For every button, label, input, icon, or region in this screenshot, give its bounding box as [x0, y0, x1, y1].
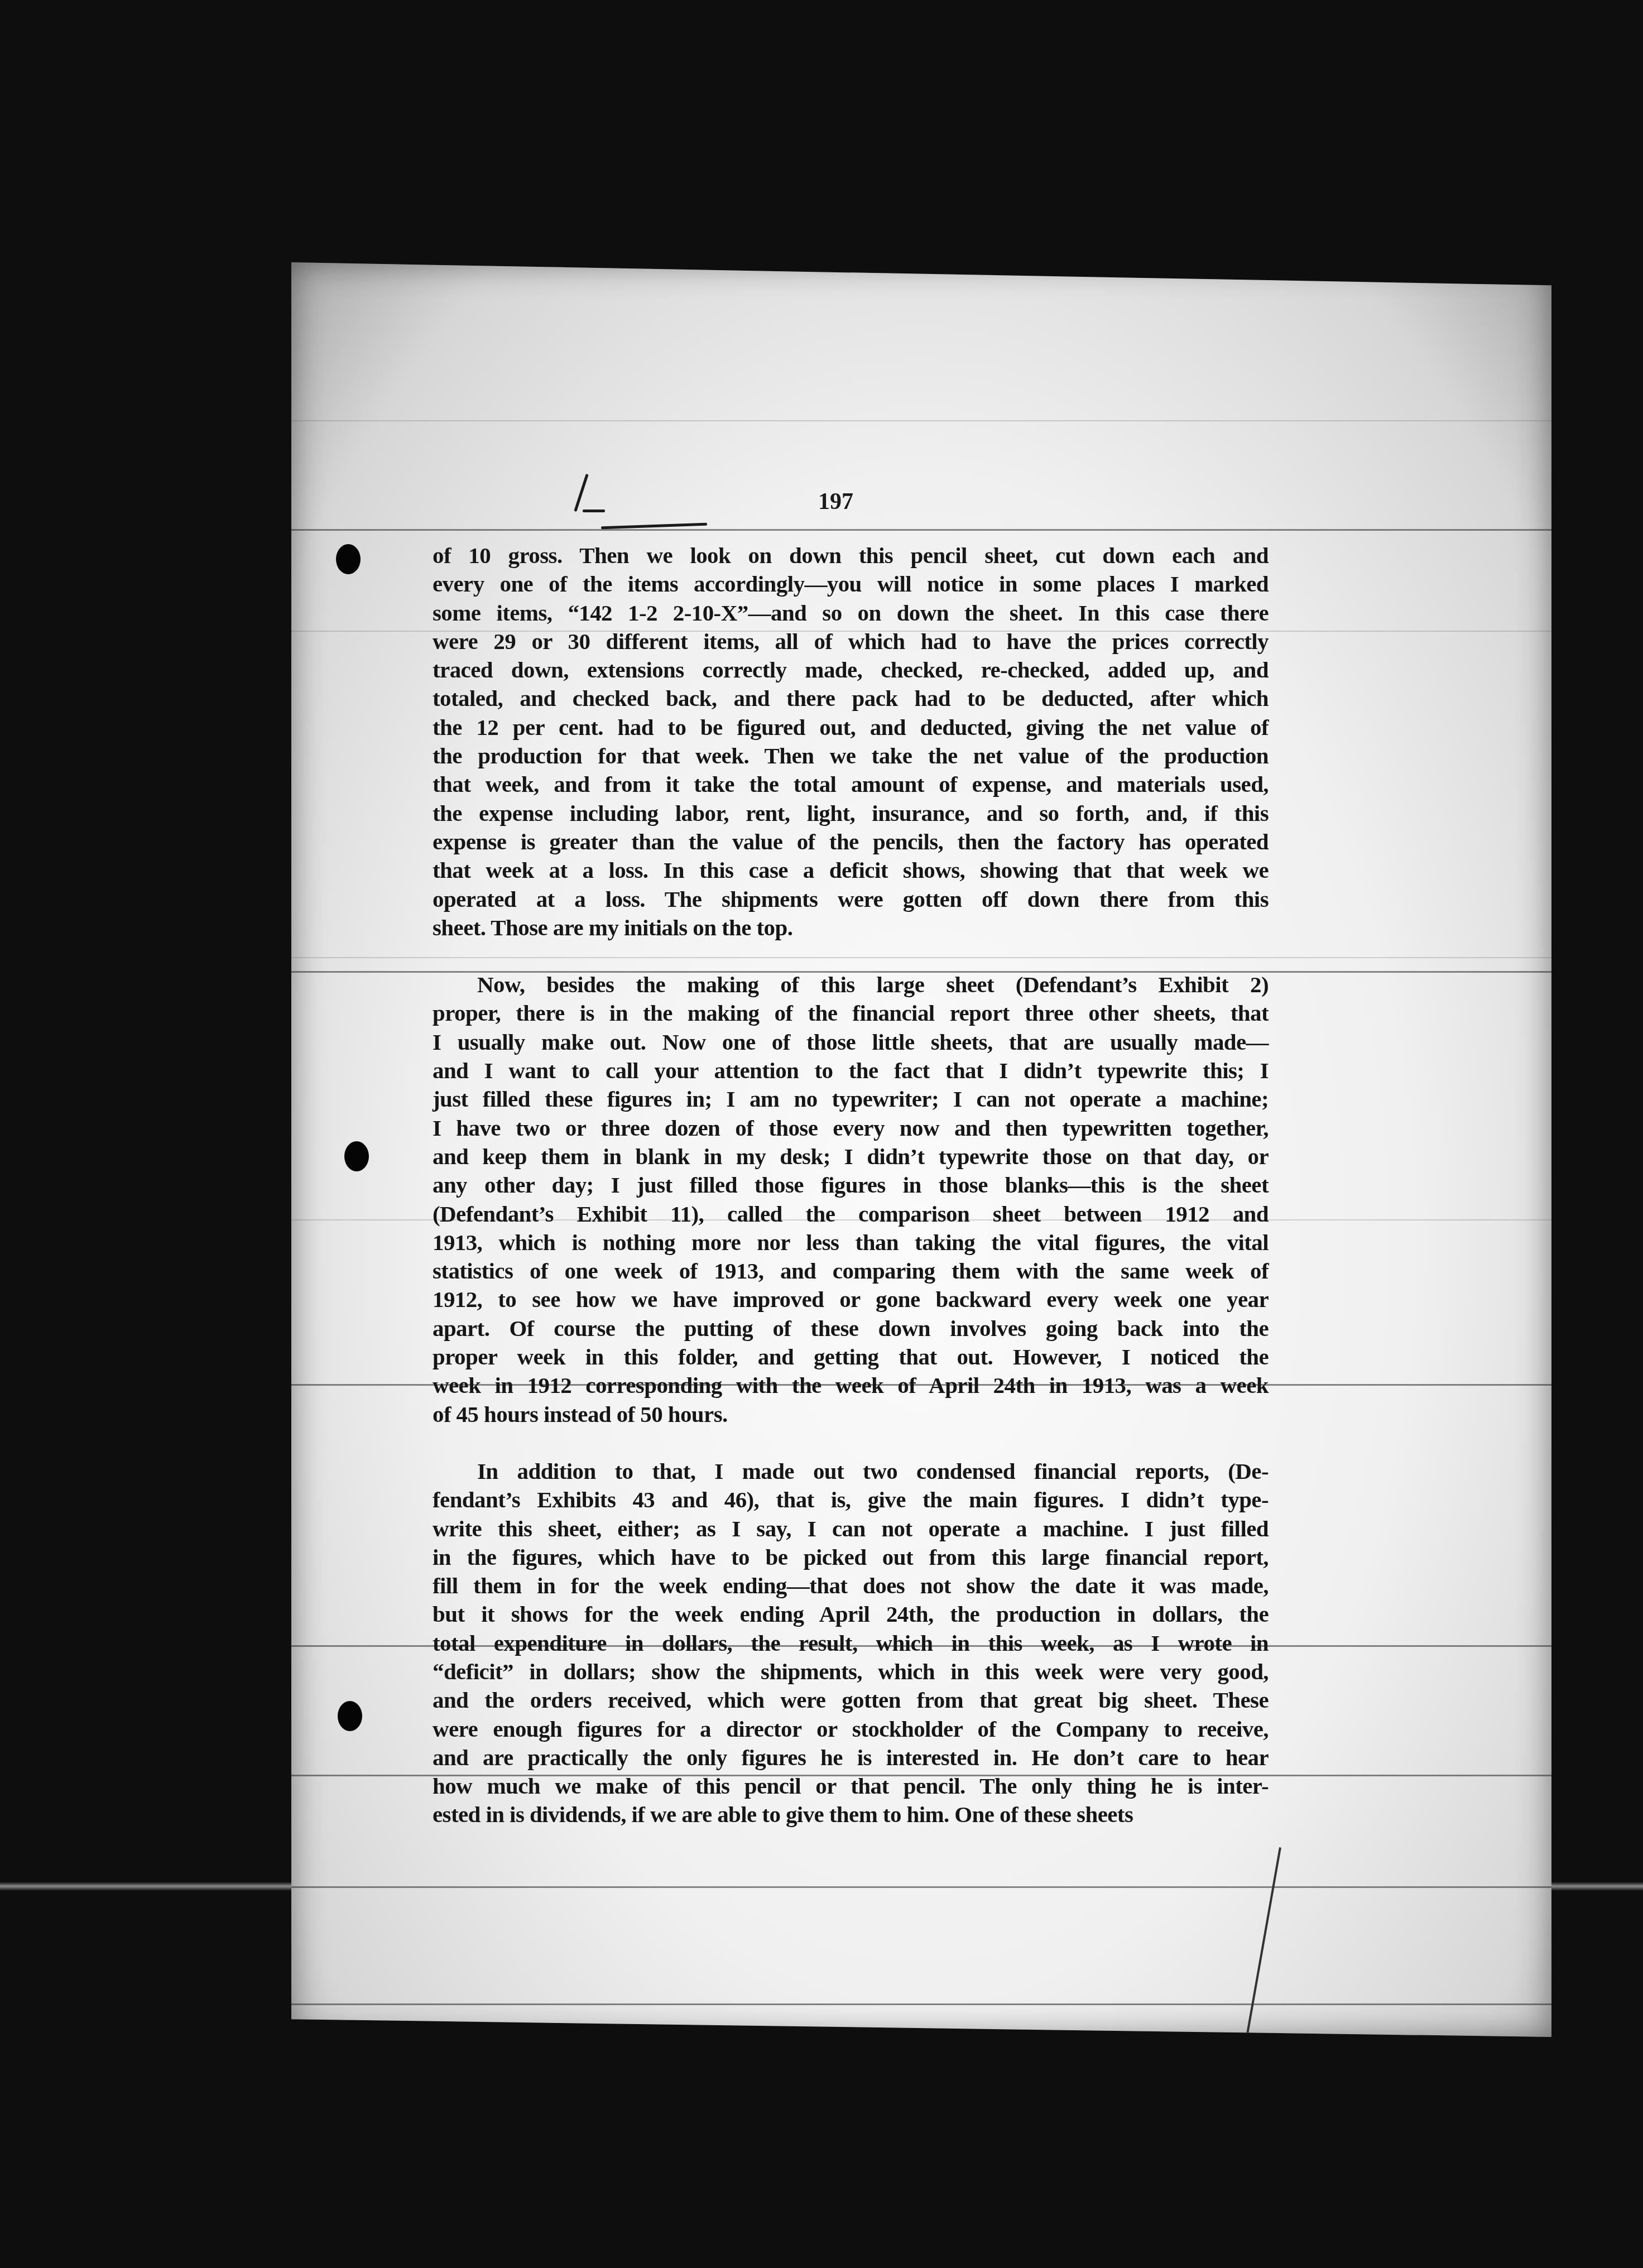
page-number-dash — [583, 510, 605, 512]
text-line: I usually make out. Now one of those lit… — [433, 1028, 1269, 1056]
text-line: operated at a loss. The shipments were g… — [433, 885, 1269, 914]
text-line: week in 1912 corresponding with the week… — [433, 1371, 1269, 1400]
text-line: proper week in this folder, and getting … — [433, 1343, 1269, 1371]
page-number: 197 — [818, 488, 853, 515]
text-line: how much we make of this pencil or that … — [433, 1772, 1269, 1800]
text-line: fendant’s Exhibits 43 and 46), that is, … — [433, 1486, 1269, 1514]
ruled-line — [291, 2003, 1551, 2005]
document-page: 197 of 10 gross. Then we look on down th… — [291, 262, 1551, 2037]
text-line: the production for that week. Then we ta… — [433, 742, 1269, 770]
text-line: “deficit” in dollars; show the shipments… — [433, 1657, 1269, 1686]
text-line: fill them in for the week ending—that do… — [433, 1572, 1269, 1600]
text-line: statistics of one week of 1913, and comp… — [433, 1257, 1269, 1285]
text-line: were 29 or 30 different items, all of wh… — [433, 627, 1269, 656]
text-line: every one of the items accordingly—you w… — [433, 570, 1269, 598]
text-line: ested in is dividends, if we are able to… — [433, 1800, 1269, 1829]
paragraph: of 10 gross. Then we look on down this p… — [433, 541, 1269, 942]
punch-hole — [344, 1141, 369, 1171]
punch-hole — [338, 1701, 362, 1731]
text-line: in the figures, which have to be picked … — [433, 1543, 1269, 1572]
text-line: were enough figures for a director or st… — [433, 1715, 1269, 1743]
text-line: total expenditure in dollars, the result… — [433, 1629, 1269, 1657]
text-line: I have two or three dozen of those every… — [433, 1114, 1269, 1142]
text-line: In addition to that, I made out two cond… — [433, 1457, 1269, 1486]
paragraph: In addition to that, I made out two cond… — [433, 1457, 1269, 1829]
text-line: that week at a loss. In this case a defi… — [433, 856, 1269, 885]
text-line: totaled, and checked back, and there pac… — [433, 684, 1269, 713]
text-line: expense is greater than the value of the… — [433, 828, 1269, 856]
ruled-line — [291, 420, 1551, 421]
paragraph: Now, besides the making of this large sh… — [433, 970, 1269, 1429]
paragraph-gap — [433, 942, 1269, 970]
text-line: of 10 gross. Then we look on down this p… — [433, 541, 1269, 570]
text-line: Now, besides the making of this large sh… — [433, 970, 1269, 999]
ruled-line — [291, 529, 1551, 531]
text-line: that week, and from it take the total am… — [433, 770, 1269, 799]
text-line: apart. Of course the putting of these do… — [433, 1314, 1269, 1343]
pencil-mark — [574, 474, 588, 512]
text-line: some items, “142 1-2 2-10-X”—and so on d… — [433, 599, 1269, 627]
paper-crack — [1213, 1847, 1281, 2221]
text-line: sheet. Those are my initials on the top. — [433, 914, 1269, 942]
text-line: traced down, extensions correctly made, … — [433, 656, 1269, 684]
text-line: and keep them in blank in my desk; I did… — [433, 1142, 1269, 1171]
text-line: write this sheet, either; as I say, I ca… — [433, 1515, 1269, 1543]
text-line: the expense including labor, rent, light… — [433, 799, 1269, 828]
text-line: the 12 per cent. had to be figured out, … — [433, 713, 1269, 742]
text-line: 1913, which is nothing more nor less tha… — [433, 1228, 1269, 1257]
paragraph-gap — [433, 1429, 1269, 1457]
text-line: of 45 hours instead of 50 hours. — [433, 1400, 1269, 1429]
document-body: of 10 gross. Then we look on down this p… — [433, 541, 1269, 1829]
text-line: any other day; I just filled those figur… — [433, 1171, 1269, 1199]
text-line: (Defendant’s Exhibit 11), called the com… — [433, 1200, 1269, 1228]
text-line: just filled these figures in; I am no ty… — [433, 1085, 1269, 1113]
text-line: and I want to call your attention to the… — [433, 1056, 1269, 1085]
text-line: and are practically the only figures he … — [433, 1743, 1269, 1772]
stray-mark — [601, 523, 707, 530]
ruled-line — [291, 1886, 1551, 1888]
text-line: and the orders received, which were gott… — [433, 1686, 1269, 1714]
text-line: 1912, to see how we have improved or gon… — [433, 1285, 1269, 1314]
text-line: proper, there is in the making of the fi… — [433, 999, 1269, 1027]
text-line: but it shows for the week ending April 2… — [433, 1600, 1269, 1628]
punch-hole — [336, 544, 361, 574]
